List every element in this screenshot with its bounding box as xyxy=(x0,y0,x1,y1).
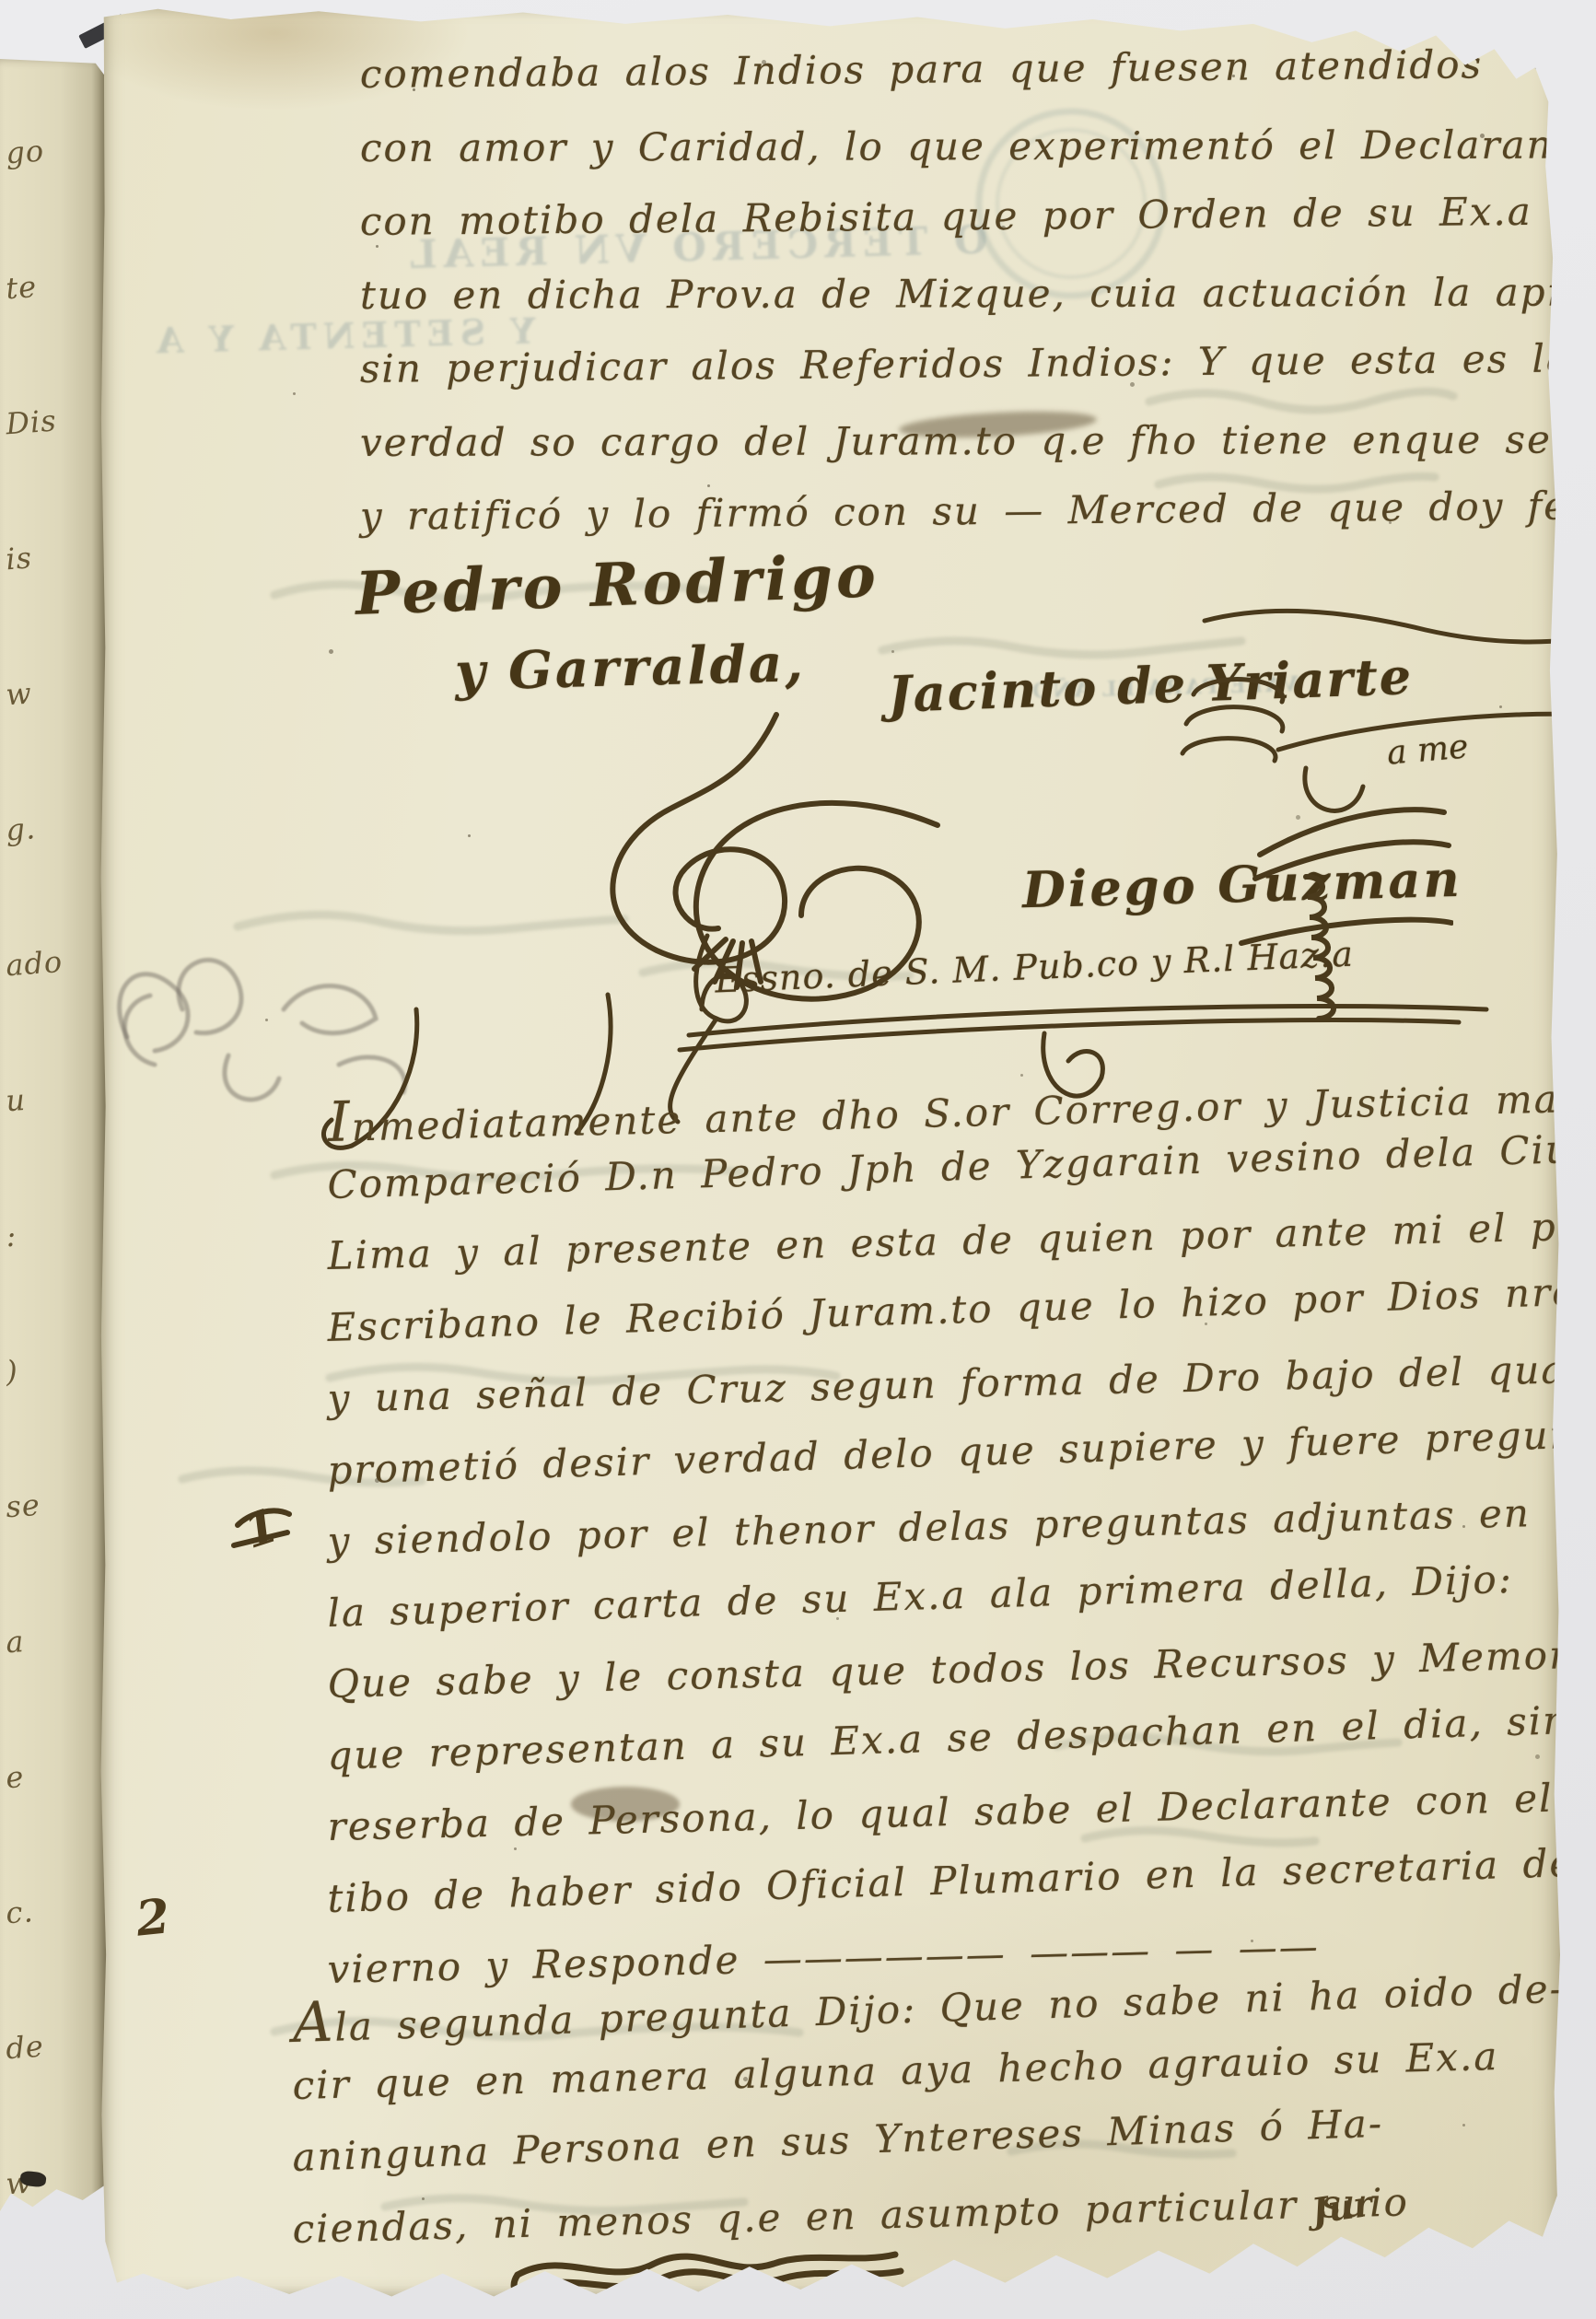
manuscript-line: con motibo dela Rebisita que por Orden d… xyxy=(360,187,1596,273)
deposition-paragraph-3: Ala segunda pregunta Dijo: Que no sabe n… xyxy=(293,1991,1565,2278)
text-fragment: te xyxy=(5,265,99,406)
manuscript-line: comendaba alos Indios para que fuesen at… xyxy=(360,40,1596,125)
signature-garralda: y Garralda, xyxy=(454,633,806,703)
text-fragment: : xyxy=(5,1213,99,1354)
text-fragment: w xyxy=(5,671,99,812)
text-fragment: u xyxy=(5,1078,99,1218)
text-fragment: de xyxy=(5,2025,99,2166)
text-fragment: ) xyxy=(5,1348,99,1489)
text-fragment: go xyxy=(5,130,99,271)
margin-mark-strokes xyxy=(219,1488,302,1571)
text-fragment: e xyxy=(5,1754,99,1895)
closing-squiggle-icon xyxy=(505,2234,910,2317)
text-fragment: a xyxy=(5,1619,99,1760)
previous-page-edge: goteDisiswg.adou:)seaec.dew xyxy=(0,59,109,2262)
deposition-paragraph-2: Inmediatamente ante dho S.or Correg.or y… xyxy=(328,1090,1596,2019)
previous-page-text-fragments: goteDisiswg.adou:)seaec.dew xyxy=(9,133,94,2299)
manuscript-line: verdad so cargo del Juram.to q.e fho tie… xyxy=(360,416,1596,494)
foxing-speckles xyxy=(99,6,102,8)
manuscript-line: con amor y Caridad, lo que experimentó e… xyxy=(360,122,1596,199)
catchword: Jur xyxy=(1309,2183,1374,2232)
manuscript-line: sin perjudicar alos Referidos Indios: Y … xyxy=(360,334,1596,420)
margin-question-number-2: 2 xyxy=(134,1888,172,1947)
text-fragment: w xyxy=(5,2161,99,2302)
manuscript-photograph: goteDisiswg.adou:)seaec.dew O TERCERO VN… xyxy=(0,0,1596,2319)
text-fragment: Dis xyxy=(5,401,99,542)
text-fragment: ado xyxy=(5,942,99,1083)
deposition-paragraph-1: comendaba alos Indios para que fuesen at… xyxy=(360,52,1596,567)
text-fragment: c. xyxy=(5,1890,99,2031)
text-fragment: g. xyxy=(5,807,99,948)
text-fragment: se xyxy=(5,1484,99,1625)
manuscript-line: tuo en dicha Prov.a de Mizque, cuia actu… xyxy=(360,269,1596,346)
manuscript-page: O TERCERO VN REAL Y SETENTA Y A VALE PAR… xyxy=(99,6,1560,2299)
text-fragment: is xyxy=(5,536,99,677)
